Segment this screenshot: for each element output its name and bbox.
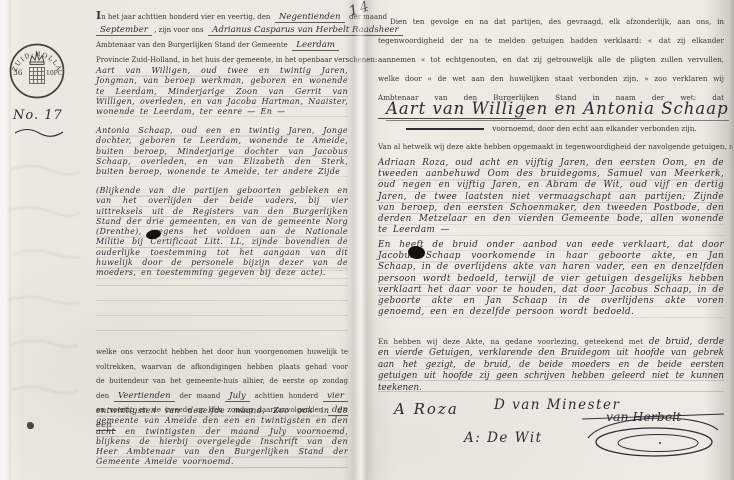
- signing-paragraph: En hebben wij deze Akte, na gedane voorl…: [378, 336, 724, 394]
- act-number: No. 17: [13, 104, 73, 142]
- left-page: In het jaar achttien honderd vier en vee…: [96, 0, 348, 480]
- hw-day: Negentienden: [275, 12, 345, 23]
- printed-banns-month-label: der maand: [180, 392, 221, 400]
- dash-rule: [406, 128, 484, 130]
- hw-banns-month: July: [225, 391, 250, 402]
- stamp-left-code: 36: [13, 68, 23, 77]
- hw-municipality: Leerdam: [292, 40, 339, 51]
- hw-banns-day: Veertienden: [114, 391, 175, 402]
- voornoemd-line: voornoemd, door den echt aan elkander ve…: [406, 124, 697, 133]
- blank-ruled-lines: [96, 256, 348, 332]
- printed-year-text: In het jaar achttien honderd vier en vee…: [96, 13, 270, 21]
- printed-signing-text: En hebben wij deze Akte, na gedane voorl…: [378, 337, 643, 346]
- printed-province-line: Provincie Zuid-Holland, in het huis der …: [96, 56, 377, 64]
- printed-declaration-text: Dien ten gevolge en na dat partijen, des…: [378, 17, 724, 102]
- couple-names: Aart van Willigen en Antonia Schaap: [386, 99, 729, 121]
- act-number-flourish: [13, 128, 65, 138]
- printed-witnesses-intro: Van al hetwelk wij deze akte hebben opge…: [378, 142, 734, 151]
- stamp-right-code: 10PC: [46, 70, 63, 77]
- witnesses-intro-line: Van al hetwelk wij deze akte hebben opge…: [378, 140, 734, 154]
- act-number-label: No. 17: [13, 108, 63, 123]
- paper-right-edge: [729, 0, 734, 480]
- signature-de-wit: A: De Wit: [464, 430, 543, 446]
- bride-entry: Antonia Schaap, oud een en twintig Jaren…: [96, 126, 348, 177]
- printed-before-us: , zijn voor ons: [154, 26, 204, 34]
- witnesses-entry: Adriaan Roza, oud acht en vijftig Jaren,…: [378, 158, 724, 236]
- printed-banns-year: achttien honderd: [255, 392, 319, 400]
- signature-roza: A Roza: [394, 400, 459, 418]
- page-gutter-fold: [344, 0, 376, 480]
- stamp-shield: [30, 68, 45, 84]
- registry-scan: ZUID-HOLLAND. 36 10PC No. 17 14 In het j…: [0, 0, 734, 480]
- signature-registrar-flourish: van Herbelt: [576, 404, 728, 460]
- intro-line-3: Ambtenaar van den Burgerlijken Stand der…: [96, 38, 339, 53]
- ink-bleedthrough: [2, 150, 88, 420]
- hw-month: September: [96, 25, 152, 36]
- ink-speck: [27, 422, 34, 429]
- revenue-stamp: ZUID-HOLLAND. 36 10PC: [8, 42, 66, 100]
- bride-name-statement: En heeft de bruid onder aanbod van eede …: [378, 240, 724, 318]
- proclamation-closing: entwintigsten van dezelfde maand, Zoo oo…: [96, 406, 348, 468]
- printed-united-text: voornoemd, door den echt aan elkander ve…: [492, 124, 696, 133]
- printed-official-title: Ambtenaar van den Burgerlijken Stand der…: [96, 41, 288, 49]
- groom-entry: Aart van Willigen, oud twee en twintig J…: [96, 66, 348, 117]
- right-page: Dien ten gevolge en na dat partijen, des…: [378, 0, 724, 480]
